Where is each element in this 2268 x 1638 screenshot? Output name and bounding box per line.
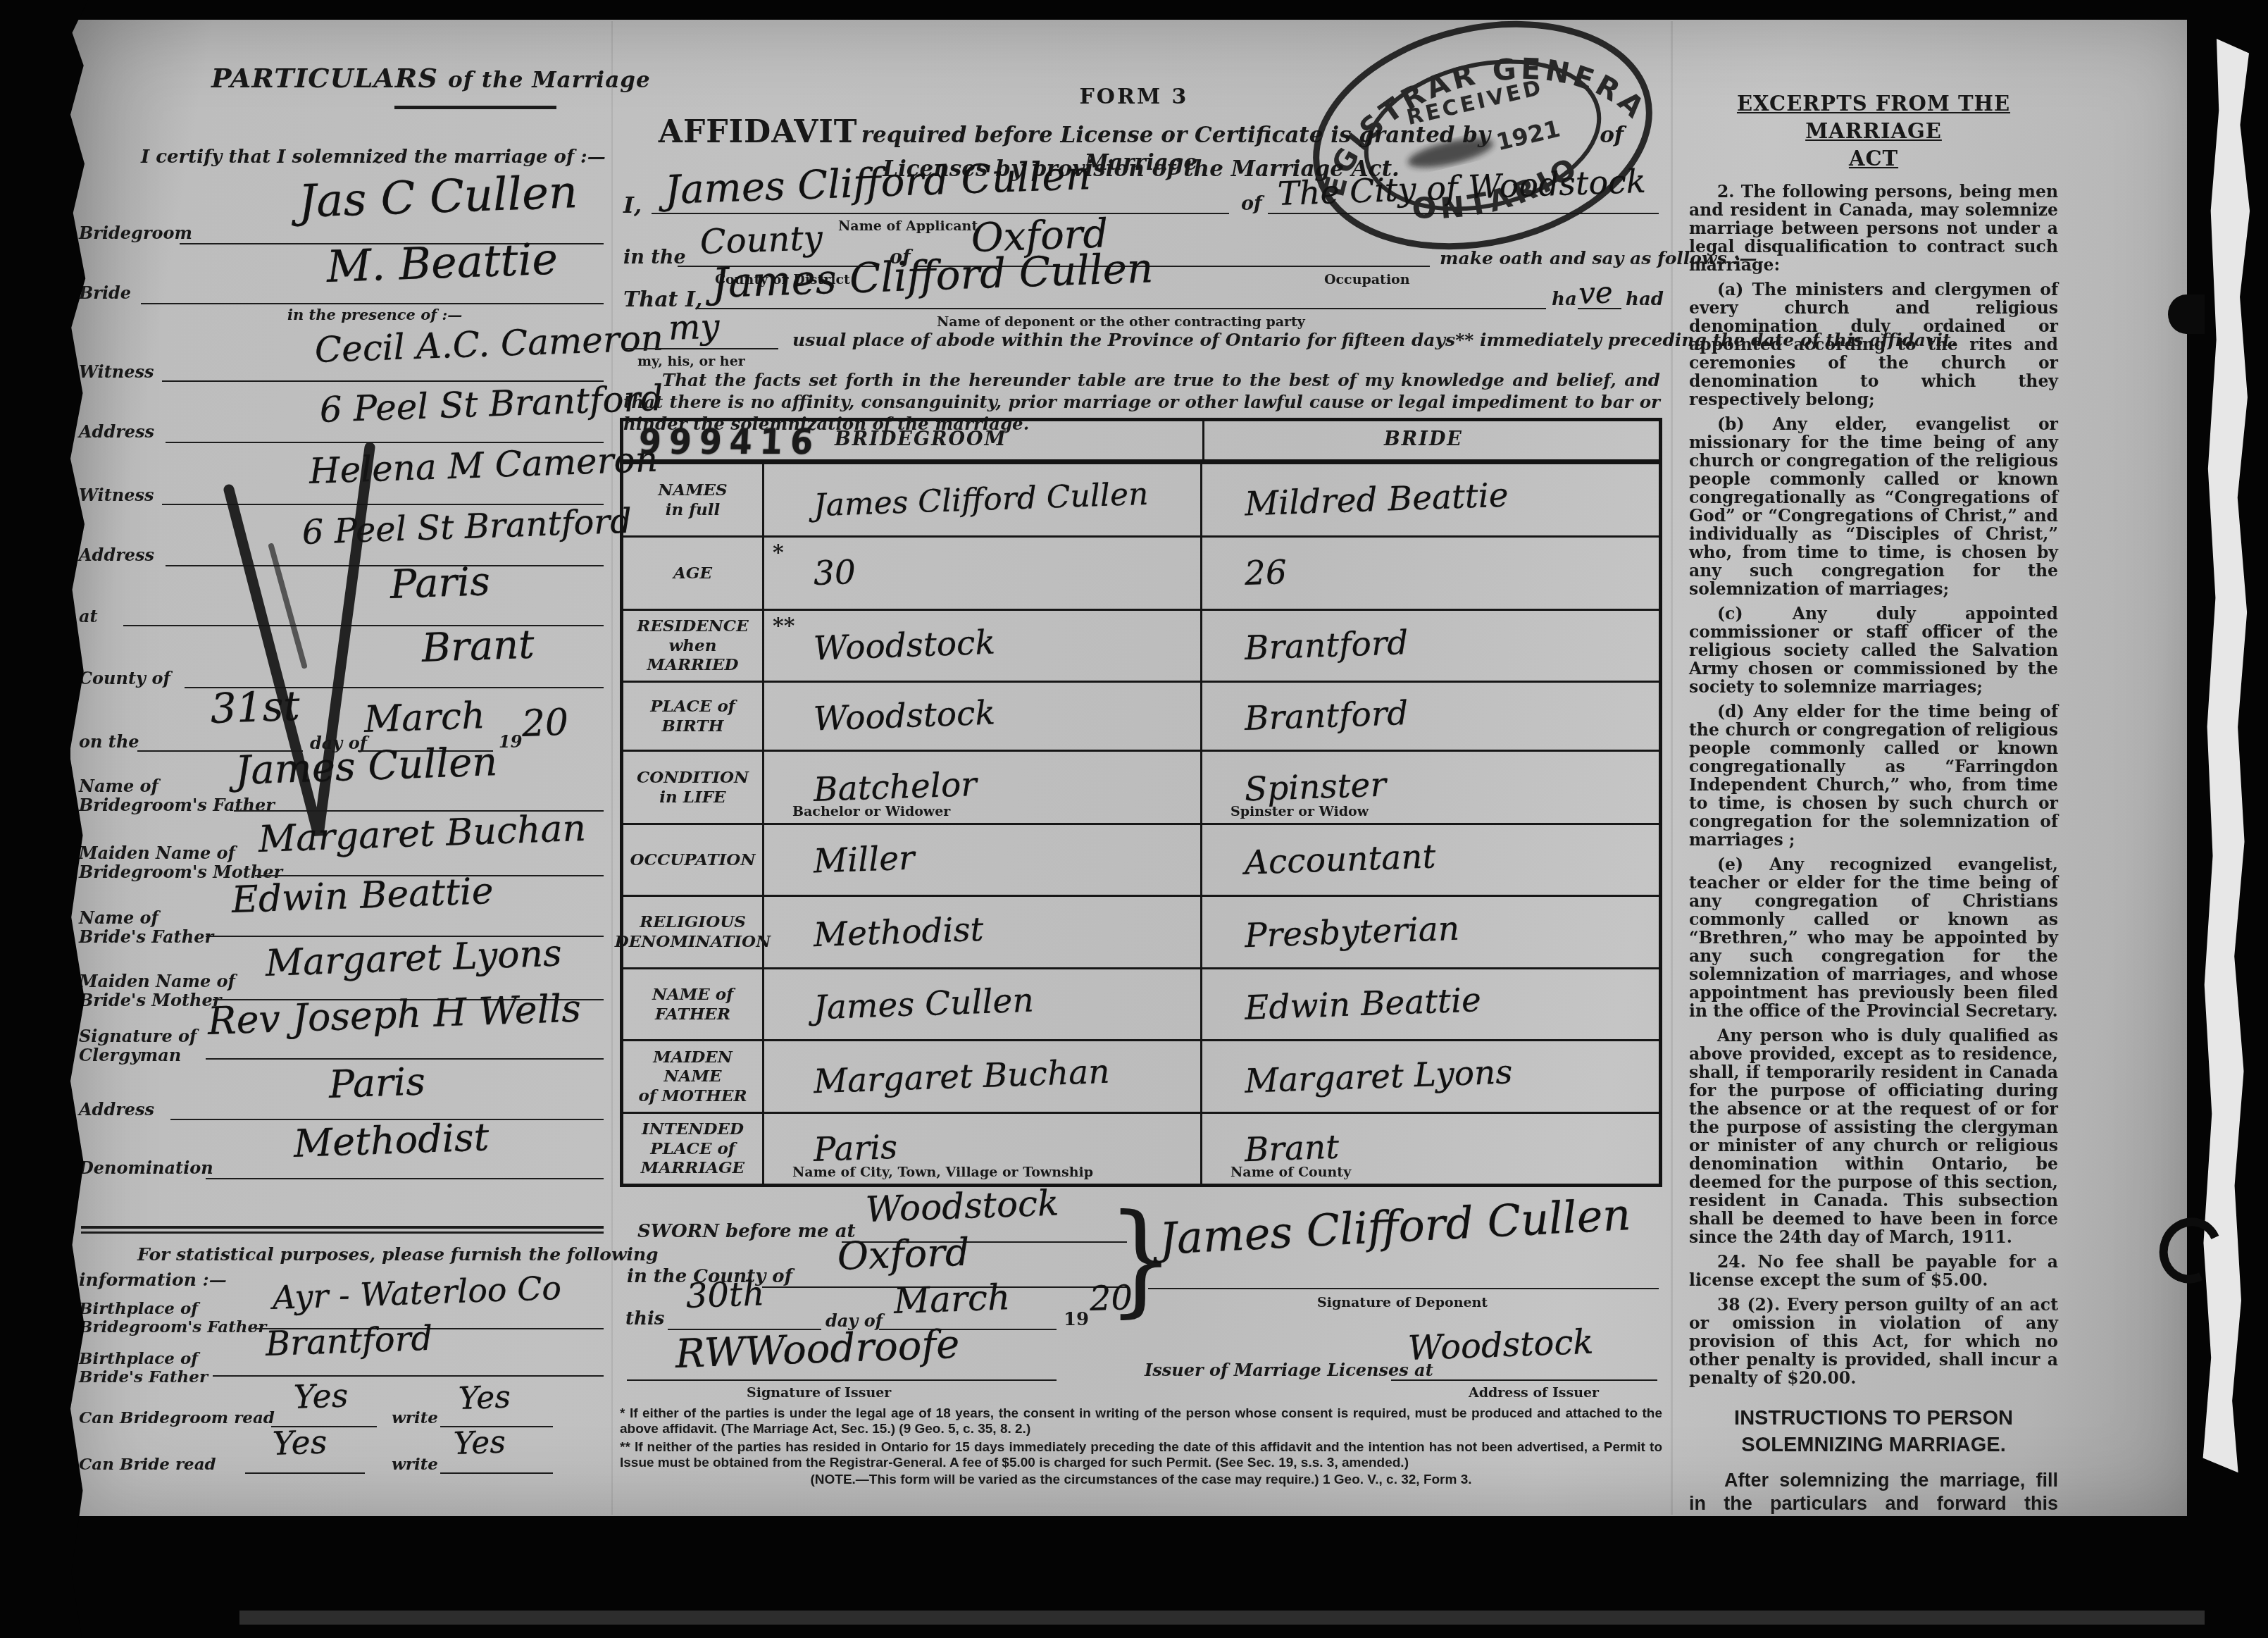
table-row: AGE * 30 26 [623,538,1659,611]
bride-value: Edwin Beattie [1244,981,1482,1028]
groom-value: 30 [813,553,856,593]
clergy-address-label: Address [79,1100,154,1119]
act-paragraph: (c) Any duly appointed commissioner or s… [1689,604,2058,696]
stats-intro-1: For statistical purposes, please furnish… [137,1244,659,1265]
serial-number-stamp: 999416 [637,421,821,462]
groom-sublabel: Name of City, Town, Village or Township [792,1165,1093,1180]
presence-note: in the presence of :— [287,306,462,323]
bride-value: 26 [1244,553,1288,593]
excerpts-column: EXCERPTS FROM THE MARRIAGE ACT 2. The fo… [1689,90,2058,1608]
header-divider [1202,421,1204,459]
table-row: INTENDED PLACE of MARRIAGE Paris Name of… [623,1114,1659,1184]
age-footnote-star: * [773,540,784,565]
stamp-date-smudge [1405,132,1495,173]
sworn-county-value: Oxford [837,1229,971,1279]
groom-value: Woodstock [813,623,996,669]
stats-intro-2: information :— [79,1270,227,1290]
title-underline [394,106,556,109]
on-the-label: on the [79,733,139,752]
bride-value: Brantford [1244,623,1409,668]
bride-value: Brantford [1244,694,1409,738]
row-label: PLACE of BIRTH [623,683,764,750]
groom-value: Margaret Buchan [813,1052,1110,1101]
applicant-line [652,213,1229,214]
at-label: at [79,607,98,626]
bride-write-line [440,1472,553,1474]
groom-mother-label: Maiden Name of Bridegroom's Mother [79,844,282,882]
table-row: RELIGIOUS DENOMINATION Methodist Presbyt… [623,897,1659,969]
ha-word: ha [1552,289,1577,310]
denomination-line [206,1178,604,1179]
denomination-label: Denomination [79,1159,213,1178]
groom-read-value: Yes [293,1376,349,1416]
sworn-month-value: March [893,1277,1011,1322]
bp-bride-father-line [213,1375,604,1377]
groom-father-value: James Cullen [235,739,499,794]
groom-read-label: Can Bridegroom read [79,1409,275,1427]
instructions-heading-line1: INSTRUCTIONS TO PERSON [1734,1407,2013,1429]
residence-footnote-star: ** [773,614,795,638]
row-label: RELIGIOUS DENOMINATION [623,897,764,967]
excerpts-heading: EXCERPTS FROM THE MARRIAGE ACT [1689,90,2058,173]
month-value: March [363,695,486,741]
bride-value: Accountant [1244,837,1436,882]
county-prefix: in the [623,247,686,268]
bride-label: Bride [79,284,131,303]
act-paragraph: (b) Any elder, evangelist or missionary … [1689,415,2058,598]
footnote-1: * If either of the parties is under the … [620,1406,1662,1437]
certify-line: I certify that I solemnized the marriage… [141,147,606,168]
scan-bottom-band [239,1611,2205,1625]
particulars-title-rest: of the Marriage [448,68,651,93]
witness2-label: Witness [79,486,154,505]
applicant-prefix: I, [623,192,642,218]
registrar-general-stamp: REGISTRAR GENERAL RECEIVED 1921 ONTARIO [1303,10,1662,256]
deponent-signature-line [1148,1288,1659,1289]
affidavit-word: AFFIDAVIT [659,114,858,150]
county-of-label: County of [79,669,170,688]
bp-groom-father-label: Birthplace of Bridegroom's Father [79,1300,266,1336]
act-paragraph: 24. No fee shall be payable for a licens… [1689,1253,2058,1289]
bride-value: Mildred Beattie [1244,476,1509,523]
instructions-heading-line2: SOLEMNIZING MARRIAGE. [1741,1434,2005,1456]
act-paragraph: 2. The following persons, being men and … [1689,182,2058,274]
row-label: OCCUPATION [623,825,764,895]
footnote-2: ** If neither of the parties has resided… [620,1440,1662,1471]
sworn-year-printed: 19 [1064,1309,1089,1330]
county-value: Brant [421,621,535,671]
bride-column-header: BRIDE [1384,428,1463,450]
address1-label: Address [79,423,154,442]
deponent-name-line [697,308,1546,309]
bride-signature: M. Beattie [325,233,559,292]
scan-edge-top [0,0,2268,20]
form-number: FORM 3 [986,85,1282,109]
instructions-heading: INSTRUCTIONS TO PERSON SOLEMNIZING MARRI… [1689,1406,2058,1458]
issuer-at-value: Woodstock [1407,1322,1594,1368]
groom-value: Woodstock [813,694,996,739]
witness1-label: Witness [79,363,154,382]
groom-value: James Clifford Cullen [813,476,1149,524]
groom-write-value: Yes [458,1379,511,1417]
fold-crease-left [611,21,613,1515]
particulars-title: PARTICULARS of the Marriage [211,62,651,94]
had-word: had [1626,289,1664,310]
address2-label: Address [79,546,154,565]
bride-write-label: write [392,1456,438,1474]
applicant-of: of [1241,193,1262,215]
clergy-address-value: Paris [328,1059,426,1107]
year-printed: 19 [499,733,522,752]
sworn-this: this [625,1308,664,1329]
table-row: CONDITION in LIFE Batchelor Bachelor or … [623,752,1659,825]
year-value: 20 [521,702,569,745]
issuer-signature-line [627,1379,1057,1381]
bride-read-value: Yes [272,1422,328,1463]
bride-sublabel: Spinster or Widow [1230,804,1369,819]
act-paragraph: Any person who is duly qualified as abov… [1689,1026,2058,1246]
excerpts-heading-line1: EXCERPTS FROM THE MARRIAGE [1737,92,2010,143]
bride-father-label: Name of Bride's Father [79,909,213,947]
deponent-sublabel: Name of deponent or the other contractin… [937,314,1305,330]
bride-line [141,303,604,304]
particulars-title-caps: PARTICULARS [211,62,438,94]
bride-read-label: Can Bride read [79,1456,216,1474]
groom-value: Miller [813,839,915,881]
act-paragraph: 38 (2). Every person guilty of an act or… [1689,1296,2058,1387]
table-header: 999416 BRIDEGROOM BRIDE [623,421,1659,464]
bp-bride-father-value: Brantford [265,1319,433,1364]
stamp-date-text: 1921 [1494,115,1563,156]
scanned-marriage-affidavit: PARTICULARS of the Marriage I certify th… [0,0,2268,1638]
table-row: NAME of FATHER James Cullen Edwin Beatti… [623,969,1659,1041]
row-label: MAIDEN NAME of MOTHER [623,1041,764,1112]
bride-sublabel: Name of County [1230,1165,1351,1180]
bp-bride-father-label: Birthplace of Bride's Father [79,1350,208,1386]
section-divider-b [81,1231,604,1234]
issuer-address-label: Address of Issuer [1469,1385,1599,1401]
ha-hw: ve [1578,275,1613,311]
groom-sublabel: Bachelor or Widower [792,804,950,819]
bridegroom-signature: Jas C Cullen [297,166,578,228]
issuer-at-line [1391,1379,1657,1381]
bridegroom-label: Bridegroom [79,224,192,243]
table-row: RESIDENCE when MARRIED ** Woodstock Bran… [623,611,1659,683]
bride-read-line [245,1472,365,1474]
bridegroom-bride-table: 999416 BRIDEGROOM BRIDE NAMES in full Ja… [620,418,1662,1187]
row-label: NAMES in full [623,464,764,535]
act-paragraph: (a) The ministers and clergymen of every… [1689,280,2058,409]
groom-value: Batchelor [813,765,977,809]
groom-value: Methodist [813,910,984,954]
day-value: 31st [210,682,301,733]
clergyman-label: Signature of Clergyman [79,1027,197,1065]
row-label: AGE [623,538,764,609]
table-row: PLACE of BIRTH Woodstock Brantford [623,683,1659,752]
sworn-label: SWORN before me at [637,1221,856,1242]
deponent-signature-label: Signature of Deponent [1317,1295,1488,1310]
groom-value: James Cullen [813,981,1034,1028]
row-label: INTENDED PLACE of MARRIAGE [623,1114,764,1184]
section-divider-a [81,1226,604,1229]
issuer-at-label: Issuer of Marriage Licenses at [1145,1360,1433,1380]
bride-write-value: Yes [453,1424,506,1462]
abode-hw: my [668,306,721,348]
table-row: NAMES in full James Clifford Cullen Mild… [623,464,1659,538]
table-row: OCCUPATION Miller Accountant [623,825,1659,897]
bride-value: Brant [1244,1128,1340,1170]
bridegroom-column-header: BRIDEGROOM [835,428,1007,450]
paper-notch [2168,294,2205,334]
fold-crease-right [1671,21,1673,1515]
bride-value: Margaret Lyons [1244,1053,1513,1100]
row-label: CONDITION in LIFE [623,752,764,823]
table-rows: NAMES in full James Clifford Cullen Mild… [623,464,1659,1184]
abode-sublabel: my, his, or her [637,354,745,369]
row-label: NAME of FATHER [623,969,764,1039]
footnote-3: (NOTE.—This form will be varied as the c… [620,1472,1662,1488]
act-paragraph: (d) Any elder for the time being of the … [1689,702,2058,849]
table-row: MAIDEN NAME of MOTHER Margaret Buchan Ma… [623,1041,1659,1114]
sworn-day-value: 30th [685,1274,765,1316]
act-paragraph: (e) Any recognized evangelist, teacher o… [1689,855,2058,1020]
bride-value: Presbyterian [1244,909,1460,955]
groom-write-label: write [392,1409,438,1427]
groom-value: Paris [813,1128,898,1169]
occupation-sublabel: Occupation [1324,272,1410,287]
issuer-signature-label: Signature of Issuer [747,1385,891,1401]
denomination-value: Methodist [293,1115,490,1166]
bride-value: Spinster [1244,766,1387,809]
row-label: RESIDENCE when MARRIED [623,611,764,681]
excerpts-heading-line2: ACT [1849,147,1898,170]
sworn-at-value: Woodstock [865,1182,1059,1230]
applicant-sublabel: Name of Applicant [838,218,978,234]
abode-line [623,348,778,349]
